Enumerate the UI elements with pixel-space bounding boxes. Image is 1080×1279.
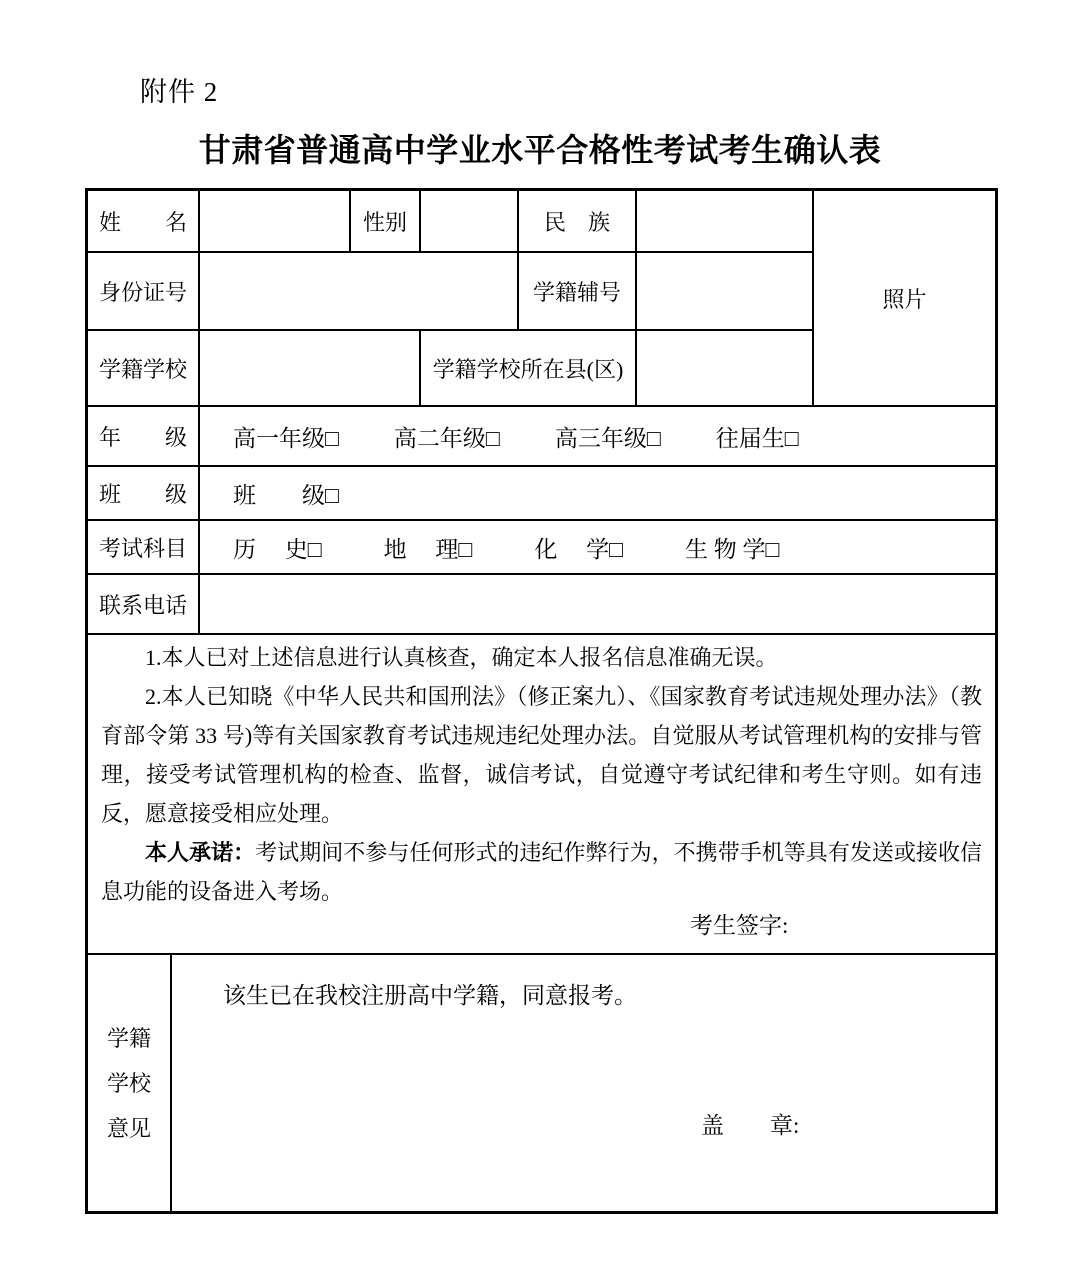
subjects-label: 考试科目 [88,521,198,573]
declaration-item-2: 2.本人已知晓《中华人民共和国刑法》（修正案九）、《国家教育考试违规处理办法》（… [101,677,982,833]
school-value-cell [198,331,419,405]
subject-chemistry-checkbox: 化 学□ [534,531,623,564]
seal-label: 盖 章: [701,1107,799,1140]
grade-options: 高一年级□ 高二年级□ 高三年级□ 往届生□ [198,407,995,465]
photo-cell: 照片 [812,191,995,405]
candidate-signature-label: 考生签字: [690,906,788,945]
attachment-label: 附件 2 [140,70,1080,109]
ethnicity-value-cell [635,191,812,251]
student-aux-number-value-cell [635,253,812,329]
row-grade: 年 级 高一年级□ 高二年级□ 高三年级□ 往届生□ [88,407,995,467]
grade-option-1-checkbox: 高一年级□ [233,420,339,453]
personal-info-grid: 姓 名 性别 民 族 身份证号 学籍辅号 学籍学校 学籍学校所在县(区 [88,191,812,405]
grade-option-4-checkbox: 往届生□ [716,420,799,453]
confirmation-form-table: 姓 名 性别 民 族 身份证号 学籍辅号 学籍学校 学籍学校所在县(区 [85,188,998,1214]
school-label: 学籍学校 [88,331,198,405]
gender-label: 性别 [349,191,419,251]
school-opinion-label: 学籍 学校 意见 [88,955,172,1211]
school-opinion-label-line-3: 意见 [107,1106,151,1151]
declaration-promise: 本人承诺：考试期间不参与任何形式的违纪作弊行为，不携带手机等具有发送或接收信息功… [101,833,982,911]
id-number-value-cell [198,253,517,329]
student-aux-number-label: 学籍辅号 [517,253,635,329]
school-opinion-label-line-2: 学校 [107,1061,151,1106]
class-label: 班 级 [88,467,198,519]
promise-lead: 本人承诺： [145,840,255,865]
school-opinion-label-line-1: 学籍 [107,1016,151,1061]
grade-option-2-checkbox: 高二年级□ [394,420,500,453]
school-county-value-cell [635,331,812,405]
class-options: 班 级□ [198,467,995,519]
phone-label: 联系电话 [88,575,198,633]
photo-label: 照片 [882,283,926,314]
row-school: 学籍学校 学籍学校所在县(区) [88,331,812,405]
school-opinion-section: 学籍 学校 意见 该生已在我校注册高中学籍，同意报考。 盖 章: [88,955,995,1211]
subject-history-checkbox: 历 史□ [233,531,322,564]
name-label: 姓 名 [88,191,198,251]
phone-value-cell [198,575,995,633]
row-id-number: 身份证号 学籍辅号 [88,253,812,331]
grade-label: 年 级 [88,407,198,465]
school-opinion-body: 该生已在我校注册高中学籍，同意报考。 盖 章: [172,955,995,1211]
subject-options: 历 史□ 地 理□ 化 学□ 生 物 学□ [198,521,995,573]
grade-option-3-checkbox: 高三年级□ [555,420,661,453]
subject-geography-checkbox: 地 理□ [384,531,473,564]
ethnicity-label: 民 族 [517,191,635,251]
document-page: 附件 2 甘肃省普通高中学业水平合格性考试考生确认表 姓 名 性别 民 族 身份… [0,70,1080,1214]
declaration-item-1: 1.本人已对上述信息进行认真核查，确定本人报名信息准确无误。 [101,638,982,677]
row-subjects: 考试科目 历 史□ 地 理□ 化 学□ 生 物 学□ [88,521,995,575]
id-number-label: 身份证号 [88,253,198,329]
personal-info-section: 姓 名 性别 民 族 身份证号 学籍辅号 学籍学校 学籍学校所在县(区 [88,191,995,407]
row-phone: 联系电话 [88,575,995,635]
row-name: 姓 名 性别 民 族 [88,191,812,253]
subject-biology-checkbox: 生 物 学□ [685,531,779,564]
school-opinion-statement: 该生已在我校注册高中学籍，同意报考。 [223,977,637,1010]
name-value-cell [198,191,349,251]
gender-value-cell [419,191,517,251]
page-title: 甘肃省普通高中学业水平合格性考试考生确认表 [0,125,1080,171]
declaration-section: 1.本人已对上述信息进行认真核查，确定本人报名信息准确无误。 2.本人已知晓《中… [88,635,995,955]
school-county-label: 学籍学校所在县(区) [419,331,635,405]
class-option-checkbox: 班 级□ [233,477,339,510]
row-class: 班 级 班 级□ [88,467,995,521]
